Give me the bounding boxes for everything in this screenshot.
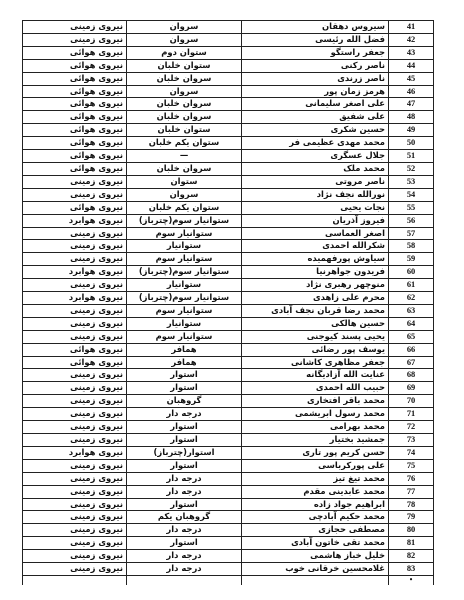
rank-cell: سروان: [127, 85, 242, 98]
rank-cell: ستوانیار سوم: [127, 227, 242, 240]
rank-cell: ستوان دوم: [127, 46, 242, 59]
branch-cell: نیروی هوائی: [23, 98, 127, 111]
table-row: 49 حسین شکری ستوان خلبان نیروی هوائی: [23, 124, 434, 137]
row-number-cell: 74: [389, 446, 434, 459]
table-row: 62 محرم علی زاهدی ستوانیار سوم(چترباز) ن…: [23, 292, 434, 305]
branch-cell: نیروی هوائی: [23, 150, 127, 163]
name-cell: هرمز زمان پور: [242, 85, 389, 98]
rank-cell: ستوانیار سوم(چترباز): [127, 214, 242, 227]
name-cell: یوسف پور رضائی: [242, 343, 389, 356]
table-row: 74 حسن کریم پور تاری استوار(چترباز) نیرو…: [23, 446, 434, 459]
rank-cell: ستوان خلبان: [127, 124, 242, 137]
row-number-cell: 60: [389, 266, 434, 279]
personnel-table: 41 سیروس دهقان سروان نیروی زمینی 42 فضل …: [22, 20, 434, 585]
branch-cell: نیروی هوائی: [23, 72, 127, 85]
table-row: 44 ناصر رکنی ستوان خلبان نیروی هوائی: [23, 59, 434, 72]
branch-cell: نیروی زمینی: [23, 524, 127, 537]
table-row: 60 فریدون جواهرنیا ستوانیار سوم(چترباز) …: [23, 266, 434, 279]
row-number-cell: 56: [389, 214, 434, 227]
table-row: 63 محمد رضا قربان نجف آبادی ستوانیار سوم…: [23, 304, 434, 317]
rank-cell: استوار: [127, 434, 242, 447]
name-cell: محمد تیغ تیز: [242, 472, 389, 485]
name-cell: ابراهیم جواد زاده: [242, 498, 389, 511]
rank-cell: استوار: [127, 382, 242, 395]
branch-cell: نیروی زمینی: [23, 227, 127, 240]
name-cell: نجات یحیی: [242, 201, 389, 214]
row-number-cell: 46: [389, 85, 434, 98]
rank-cell: —: [127, 150, 242, 163]
branch-cell: نیروی زمینی: [23, 317, 127, 330]
row-number-cell: 62: [389, 292, 434, 305]
branch-cell: نیروی هوابرد: [23, 266, 127, 279]
table-row: 54 نورالله نجف نژاد سروان نیروی زمینی: [23, 188, 434, 201]
rank-cell: سروان: [127, 33, 242, 46]
row-number-cell: 68: [389, 369, 434, 382]
row-number-cell: 41: [389, 21, 434, 34]
name-cell: جعفر راستگو: [242, 46, 389, 59]
row-number-cell: 57: [389, 227, 434, 240]
branch-cell: نیروی هوابرد: [23, 214, 127, 227]
row-number-cell: 52: [389, 162, 434, 175]
branch-cell: نیروی زمینی: [23, 369, 127, 382]
branch-cell: نیروی زمینی: [23, 472, 127, 485]
table-row: 50 محمد مهدی عظیمی فر ستوان یکم خلبان نی…: [23, 137, 434, 150]
row-number-cell: 83: [389, 563, 434, 576]
row-number-cell: 61: [389, 279, 434, 292]
table-row: 45 ناصر زرندی سروان خلبان نیروی هوائی: [23, 72, 434, 85]
branch-cell: نیروی هوابرد: [23, 446, 127, 459]
rank-cell: گروهبان یکم: [127, 511, 242, 524]
table-row: 42 فضل الله رئیسی سروان نیروی زمینی: [23, 33, 434, 46]
row-number-cell: 67: [389, 356, 434, 369]
rank-cell: استوار: [127, 498, 242, 511]
rank-cell: سروان خلبان: [127, 72, 242, 85]
name-cell: ناصر مروتی: [242, 175, 389, 188]
row-number-cell: 44: [389, 59, 434, 72]
branch-cell: نیروی زمینی: [23, 550, 127, 563]
branch-cell: نیروی هوائی: [23, 162, 127, 175]
row-number-cell: 42: [389, 33, 434, 46]
name-cell: شکرالله احمدی: [242, 240, 389, 253]
branch-cell: نیروی زمینی: [23, 33, 127, 46]
table-row: 66 یوسف پور رضائی همافر نیروی هوائی: [23, 343, 434, 356]
row-number-cell: 43: [389, 46, 434, 59]
name-cell: محمد رضا قربان نجف آبادی: [242, 304, 389, 317]
row-number-cell: 71: [389, 408, 434, 421]
table-row: 65 یحیی پسند کیوجنی ستوانیار سوم نیروی ز…: [23, 330, 434, 343]
table-row: 67 جعفر مظاهری کاشانی همافر نیروی هوائی: [23, 356, 434, 369]
name-cell: منوچهر رهبری نژاد: [242, 279, 389, 292]
branch-cell: نیروی هوائی: [23, 85, 127, 98]
rank-cell: درجه دار: [127, 472, 242, 485]
row-number-cell: 73: [389, 434, 434, 447]
row-number-cell: 50: [389, 137, 434, 150]
branch-cell: نیروی هوائی: [23, 124, 127, 137]
name-cell: مصطفی حجازی: [242, 524, 389, 537]
rank-cell: ستوان یکم خلبان: [127, 201, 242, 214]
branch-cell: نیروی زمینی: [23, 382, 127, 395]
rank-cell: ستوانیار سوم(چترباز): [127, 292, 242, 305]
table-row: 52 محمد ملک سروان خلبان نیروی هوائی: [23, 162, 434, 175]
name-cell: یحیی پسند کیوجنی: [242, 330, 389, 343]
name-cell: [242, 575, 389, 585]
rank-cell: سروان خلبان: [127, 111, 242, 124]
branch-cell: نیروی زمینی: [23, 304, 127, 317]
name-cell: محمد عابدینی مقدم: [242, 485, 389, 498]
rank-cell: استوار: [127, 459, 242, 472]
table-row: 69 حبیب الله احمدی استوار نیروی زمینی: [23, 382, 434, 395]
row-number-cell: 59: [389, 253, 434, 266]
table-row: 53 ناصر مروتی ستوان نیروی زمینی: [23, 175, 434, 188]
name-cell: حسن کریم پور تاری: [242, 446, 389, 459]
name-cell: محمد مهدی عظیمی فر: [242, 137, 389, 150]
table-row: 48 علی شفیق سروان خلبان نیروی هوائی: [23, 111, 434, 124]
branch-cell: نیروی هوائی: [23, 343, 127, 356]
rank-cell: استوار: [127, 369, 242, 382]
table-row: 47 علی اصغر سلیمانی سروان خلبان نیروی هو…: [23, 98, 434, 111]
table-row: 72 محمد بهرامی استوار نیروی زمینی: [23, 421, 434, 434]
table-row: 77 محمد عابدینی مقدم درجه دار نیروی زمین…: [23, 485, 434, 498]
row-number-cell: 81: [389, 537, 434, 550]
scanned-document-page: 41 سیروس دهقان سروان نیروی زمینی 42 فضل …: [0, 0, 464, 600]
rank-cell: استوار(چترباز): [127, 446, 242, 459]
name-cell: علی اصغر سلیمانی: [242, 98, 389, 111]
rank-cell: سروان: [127, 188, 242, 201]
rank-cell: درجه دار: [127, 524, 242, 537]
branch-cell: نیروی هوائی: [23, 201, 127, 214]
name-cell: نورالله نجف نژاد: [242, 188, 389, 201]
branch-cell: نیروی زمینی: [23, 498, 127, 511]
branch-cell: نیروی هوائی: [23, 59, 127, 72]
table-row: 61 منوچهر رهبری نژاد ستوانیار نیروی زمین…: [23, 279, 434, 292]
table-row: 79 محمد حکیم آبادچی گروهبان یکم نیروی زم…: [23, 511, 434, 524]
rank-cell: همافر: [127, 343, 242, 356]
rank-cell: ستوانیار سوم(چترباز): [127, 266, 242, 279]
name-cell: جعفر مظاهری کاشانی: [242, 356, 389, 369]
branch-cell: نیروی زمینی: [23, 188, 127, 201]
row-number-cell: 66: [389, 343, 434, 356]
name-cell: سیاوش پورفهمیده: [242, 253, 389, 266]
table-row: 56 فیروز آذریان ستوانیار سوم(چترباز) نیر…: [23, 214, 434, 227]
branch-cell: نیروی زمینی: [23, 240, 127, 253]
table-row: 73 جمشید بختیار استوار نیروی زمینی: [23, 434, 434, 447]
branch-cell: نیروی زمینی: [23, 253, 127, 266]
row-number-cell: 49: [389, 124, 434, 137]
rank-cell: ستوان خلبان: [127, 59, 242, 72]
table-row: 70 محمد باقر افتخاری گروهبان نیروی زمینی: [23, 395, 434, 408]
rank-cell: ستوانیار سوم: [127, 330, 242, 343]
row-number-cell: 69: [389, 382, 434, 395]
row-number-cell: 48: [389, 111, 434, 124]
name-cell: حسین شکری: [242, 124, 389, 137]
branch-cell: نیروی زمینی: [23, 279, 127, 292]
branch-cell: نیروی زمینی: [23, 330, 127, 343]
rank-cell: درجه دار: [127, 408, 242, 421]
table-row-partial: •: [23, 575, 434, 585]
rank-cell: ستوانیار: [127, 317, 242, 330]
rank-cell: استوار: [127, 421, 242, 434]
row-number-cell: 80: [389, 524, 434, 537]
table-row: 64 حسین هالکی ستوانیار نیروی زمینی: [23, 317, 434, 330]
branch-cell: نیروی زمینی: [23, 485, 127, 498]
row-number-cell: 82: [389, 550, 434, 563]
row-number-cell: •: [389, 575, 434, 585]
table-row: 46 هرمز زمان پور سروان نیروی هوائی: [23, 85, 434, 98]
rank-cell: [127, 575, 242, 585]
rank-cell: ستوانیار: [127, 279, 242, 292]
rank-cell: ستوانیار سوم: [127, 304, 242, 317]
branch-cell: نیروی زمینی: [23, 511, 127, 524]
name-cell: اصغر العماسی: [242, 227, 389, 240]
row-number-cell: 64: [389, 317, 434, 330]
table-row: 81 محمد تقی خاتون آبادی استوار نیروی زمی…: [23, 537, 434, 550]
row-number-cell: 54: [389, 188, 434, 201]
table-row: 83 غلامحسین خرقانی خوب درجه دار نیروی زم…: [23, 563, 434, 576]
branch-cell: نیروی زمینی: [23, 563, 127, 576]
name-cell: ناصر زرندی: [242, 72, 389, 85]
row-number-cell: 63: [389, 304, 434, 317]
name-cell: ناصر رکنی: [242, 59, 389, 72]
name-cell: فیروز آذریان: [242, 214, 389, 227]
rank-cell: ستوان: [127, 175, 242, 188]
row-number-cell: 75: [389, 459, 434, 472]
table-row: 80 مصطفی حجازی درجه دار نیروی زمینی: [23, 524, 434, 537]
table-row: 82 خلیل خباز هاشمی درجه دار نیروی زمینی: [23, 550, 434, 563]
name-cell: فضل الله رئیسی: [242, 33, 389, 46]
rank-cell: همافر: [127, 356, 242, 369]
branch-cell: نیروی زمینی: [23, 21, 127, 34]
name-cell: محمد حکیم آبادچی: [242, 511, 389, 524]
row-number-cell: 78: [389, 498, 434, 511]
name-cell: سیروس دهقان: [242, 21, 389, 34]
branch-cell: نیروی زمینی: [23, 459, 127, 472]
rank-cell: استوار: [127, 537, 242, 550]
name-cell: حبیب الله احمدی: [242, 382, 389, 395]
table-row: 76 محمد تیغ تیز درجه دار نیروی زمینی: [23, 472, 434, 485]
rank-cell: ستوان یکم خلبان: [127, 137, 242, 150]
branch-cell: [23, 575, 127, 585]
row-number-cell: 76: [389, 472, 434, 485]
rank-cell: ستوانیار: [127, 240, 242, 253]
branch-cell: نیروی زمینی: [23, 395, 127, 408]
row-number-cell: 55: [389, 201, 434, 214]
name-cell: جمشید بختیار: [242, 434, 389, 447]
name-cell: علی پورکرباسی: [242, 459, 389, 472]
name-cell: محمد باقر افتخاری: [242, 395, 389, 408]
rank-cell: سروان خلبان: [127, 98, 242, 111]
name-cell: محمد بهرامی: [242, 421, 389, 434]
personnel-table-body: 41 سیروس دهقان سروان نیروی زمینی 42 فضل …: [23, 21, 434, 585]
row-number-cell: 70: [389, 395, 434, 408]
branch-cell: نیروی هوائی: [23, 137, 127, 150]
row-number-cell: 65: [389, 330, 434, 343]
table-row: 57 اصغر العماسی ستوانیار سوم نیروی زمینی: [23, 227, 434, 240]
name-cell: محرم علی زاهدی: [242, 292, 389, 305]
branch-cell: نیروی هوائی: [23, 46, 127, 59]
table-row: 41 سیروس دهقان سروان نیروی زمینی: [23, 21, 434, 34]
name-cell: حسین هالکی: [242, 317, 389, 330]
row-number-cell: 79: [389, 511, 434, 524]
branch-cell: نیروی زمینی: [23, 175, 127, 188]
rank-cell: سروان خلبان: [127, 162, 242, 175]
table-row: 75 علی پورکرباسی استوار نیروی زمینی: [23, 459, 434, 472]
branch-cell: نیروی هوائی: [23, 111, 127, 124]
name-cell: خلیل خباز هاشمی: [242, 550, 389, 563]
table-row: 43 جعفر راستگو ستوان دوم نیروی هوائی: [23, 46, 434, 59]
branch-cell: نیروی زمینی: [23, 408, 127, 421]
branch-cell: نیروی زمینی: [23, 421, 127, 434]
rank-cell: گروهبان: [127, 395, 242, 408]
name-cell: جلال عسگری: [242, 150, 389, 163]
rank-cell: سروان: [127, 21, 242, 34]
branch-cell: نیروی هوائی: [23, 356, 127, 369]
table-row: 68 عنایت الله آزادیگانه استوار نیروی زمی…: [23, 369, 434, 382]
rank-cell: ستوانیار سوم: [127, 253, 242, 266]
table-row: 55 نجات یحیی ستوان یکم خلبان نیروی هوائی: [23, 201, 434, 214]
name-cell: فریدون جواهرنیا: [242, 266, 389, 279]
branch-cell: نیروی زمینی: [23, 537, 127, 550]
name-cell: محمد تقی خاتون آبادی: [242, 537, 389, 550]
row-number-cell: 77: [389, 485, 434, 498]
name-cell: غلامحسین خرقانی خوب: [242, 563, 389, 576]
table-row: 78 ابراهیم جواد زاده استوار نیروی زمینی: [23, 498, 434, 511]
row-number-cell: 58: [389, 240, 434, 253]
row-number-cell: 47: [389, 98, 434, 111]
rank-cell: درجه دار: [127, 563, 242, 576]
table-row: 51 جلال عسگری — نیروی هوائی: [23, 150, 434, 163]
row-number-cell: 53: [389, 175, 434, 188]
table-row: 59 سیاوش پورفهمیده ستوانیار سوم نیروی زم…: [23, 253, 434, 266]
name-cell: محمد رسول ابریشمی: [242, 408, 389, 421]
name-cell: عنایت الله آزادیگانه: [242, 369, 389, 382]
name-cell: محمد ملک: [242, 162, 389, 175]
rank-cell: درجه دار: [127, 550, 242, 563]
branch-cell: نیروی زمینی: [23, 434, 127, 447]
rank-cell: درجه دار: [127, 485, 242, 498]
row-number-cell: 45: [389, 72, 434, 85]
table-row: 71 محمد رسول ابریشمی درجه دار نیروی زمین…: [23, 408, 434, 421]
name-cell: علی شفیق: [242, 111, 389, 124]
table-row: 58 شکرالله احمدی ستوانیار نیروی زمینی: [23, 240, 434, 253]
row-number-cell: 51: [389, 150, 434, 163]
branch-cell: نیروی هوابرد: [23, 292, 127, 305]
row-number-cell: 72: [389, 421, 434, 434]
